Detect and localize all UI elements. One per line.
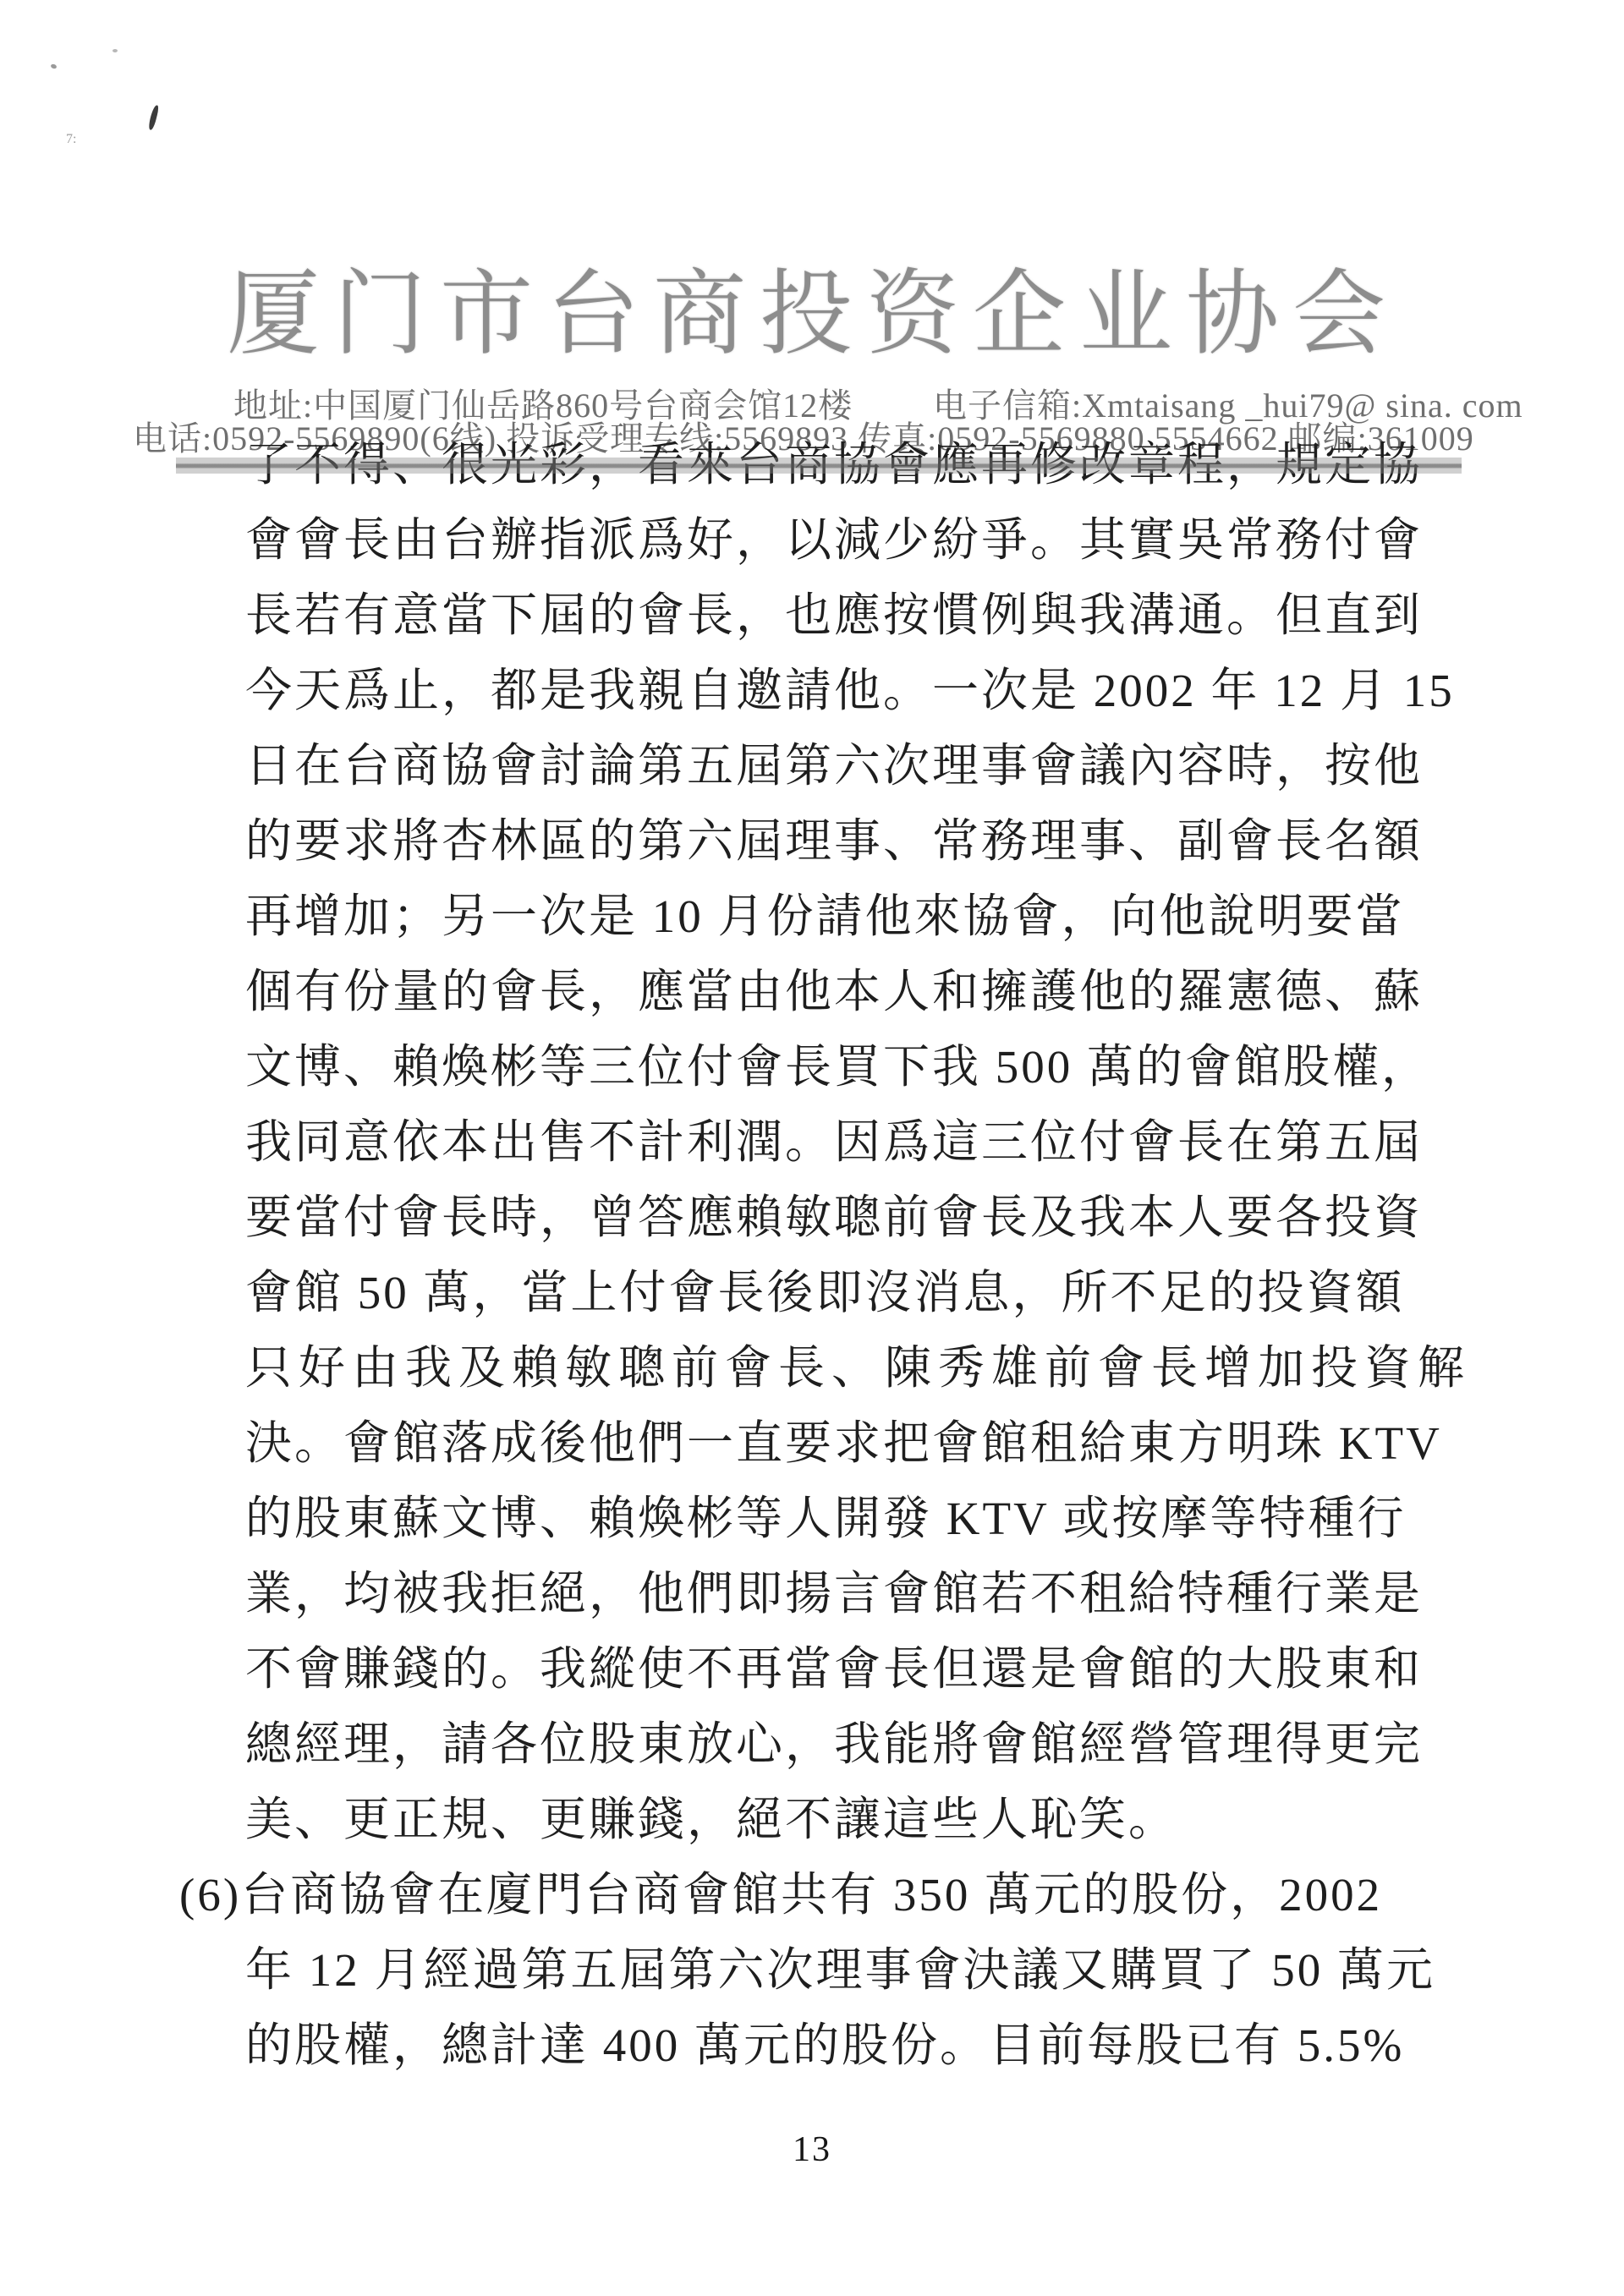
body-line: 文博、賴煥彬等三位付會長買下我 500 萬的會館股權，: [245, 1029, 1455, 1104]
body-line: 只好由我及賴敏聰前會長、陳秀雄前會長增加投資解: [245, 1330, 1455, 1406]
body-line: 不會賺錢的。我縱使不再當會長但還是會館的大股東和: [245, 1631, 1455, 1707]
body-line: 的股東蘇文博、賴煥彬等人開發 KTV 或按摩等特種行: [245, 1481, 1455, 1556]
body-line: 會館 50 萬，當上付會長後即沒消息，所不足的投資額: [245, 1255, 1455, 1330]
body-line: 業，均被我拒絕，他們即揚言會館若不租給特種行業是: [245, 1556, 1455, 1631]
body-line: 今天爲止，都是我親自邀請他。一次是 2002 年 12 月 15: [245, 653, 1455, 728]
scan-speck: [112, 49, 118, 52]
body-line: 會會長由台辦指派爲好，以減少紛爭。其實吳常務付會: [245, 502, 1455, 578]
body-line: 年 12 月經過第五屆第六次理事會決議又購買了 50 萬元: [245, 1932, 1455, 2008]
scan-artifact-band: [176, 458, 1462, 474]
body-line: 總經理，請各位股東放心，我能將會館經營管理得更完: [245, 1707, 1455, 1782]
body-line: (6)台商協會在廈門台商會館共有 350 萬元的股份，2002: [179, 1857, 1455, 1932]
body-line: 的要求將杏林區的第六屆理事、常務理事、副會長名額: [245, 803, 1455, 879]
scan-speck: [147, 105, 159, 131]
scan-speck: 7:: [66, 132, 76, 147]
document-page: 7: 厦门市台商投资企业协会 地址:中国厦门仙岳路860号台商会馆12楼 电子信…: [0, 0, 1624, 2296]
body-line: 長若有意當下屆的會長，也應按慣例與我溝通。但直到: [245, 578, 1455, 653]
body-line: 美、更正規、更賺錢，絕不讓這些人恥笑。: [245, 1782, 1455, 1857]
body-line: 日在台商協會討論第五屆第六次理事會議內容時，按他: [245, 728, 1455, 803]
body-line: 決。會館落成後他們一直要求把會館租給東方明珠 KTV: [245, 1406, 1455, 1481]
body-line: 個有份量的會長，應當由他本人和擁護他的羅憲德、蘇: [245, 954, 1455, 1029]
org-title: 厦门市台商投资企业协会: [227, 239, 1399, 373]
body-line: 再增加；另一次是 10 月份請他來協會，向他說明要當: [245, 879, 1455, 954]
scan-speck: [50, 63, 57, 69]
body-line: 要當付會長時，曾答應賴敏聰前會長及我本人要各投資: [245, 1180, 1455, 1255]
body-line: 我同意依本出售不計利潤。因爲這三位付會長在第五屆: [245, 1104, 1455, 1180]
body-text: 了不得、很光彩，看來台商協會應再修改章程，規定協會會長由台辦指派爲好，以減少紛爭…: [245, 427, 1455, 2083]
body-line: 的股權，總計達 400 萬元的股份。目前每股已有 5.5%: [245, 2008, 1455, 2083]
page-number: 13: [0, 2129, 1624, 2170]
